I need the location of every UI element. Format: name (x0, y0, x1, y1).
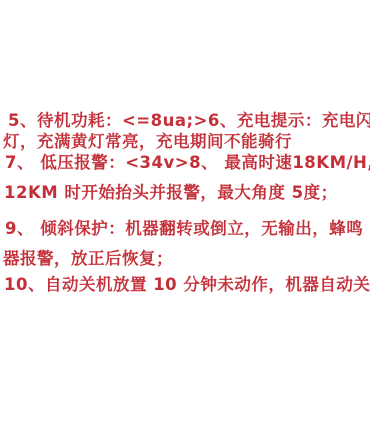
spec-line-auto-shutdown: 10、自动关机放置 10 分钟未动作，机器自动关机 (4, 277, 370, 294)
product-spec-page: 5、待机功耗：<=8ua;>6、充电提示：充电闪黄 灯，充满黄灯常亮，充电期间不… (0, 0, 370, 423)
spec-line-low-voltage-speed: 7、 低压报警：<34v>8、 最高时速18KM/H, (5, 155, 370, 172)
spec-line-speed-alarm-wrap: 12KM 时开始抬头并报警，最大角度 5度； (4, 185, 338, 202)
spec-line-tilt-protection-wrap: 器报警，放正后恢复； (3, 251, 173, 268)
spec-line-charging-wrap: 灯，充满黄灯常亮，充电期间不能骑行 (3, 134, 292, 151)
spec-line-tilt-protection: 9、 倾斜保护：机器翻转或倒立，无输出，蜂鸣 (5, 221, 363, 238)
spec-line-standby-power: 5、待机功耗：<=8ua;>6、充电提示：充电闪黄 (8, 113, 370, 130)
